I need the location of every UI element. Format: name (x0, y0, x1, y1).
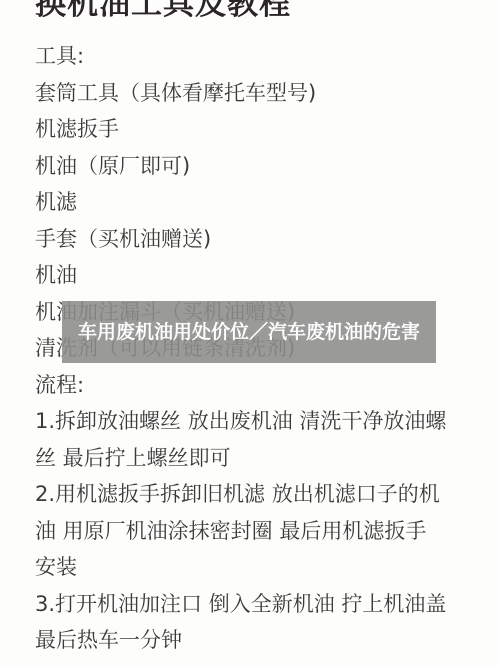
process-step: 丝 最后拧上螺丝即可 (35, 440, 475, 477)
caption-text: 车用废机油用处价位／汽车废机油的危害 (74, 321, 424, 343)
tool-item: 机油 (35, 257, 475, 294)
caption-overlay: 车用废机油用处价位／汽车废机油的危害 (62, 301, 436, 363)
tool-item: 机滤 (35, 184, 475, 221)
tool-item: 手套（买机油赠送) (35, 221, 475, 258)
process-step: 安装 (35, 549, 475, 586)
tool-item: 机滤扳手 (35, 111, 475, 148)
tools-heading: 工具: (35, 38, 475, 75)
process-step: 最后热车一分钟 (35, 622, 475, 659)
process-heading: 流程: (35, 367, 475, 404)
process-step: 油 用原厂机油涂抹密封圈 最后用机滤扳手 (35, 513, 475, 550)
process-step: 2.用机滤扳手拆卸旧机滤 放出机滤口子的机 (35, 476, 475, 513)
tool-item: 套筒工具（具体看摩托车型号) (35, 75, 475, 112)
tool-item: 机油（原厂即可) (35, 148, 475, 185)
process-step: 1.拆卸放油螺丝 放出废机油 清洗干净放油螺 (35, 403, 475, 440)
document-title: 换机油工具及教程 (35, 0, 291, 23)
process-step: 3.打开机油加注口 倒入全新机油 拧上机油盖 (35, 586, 475, 623)
